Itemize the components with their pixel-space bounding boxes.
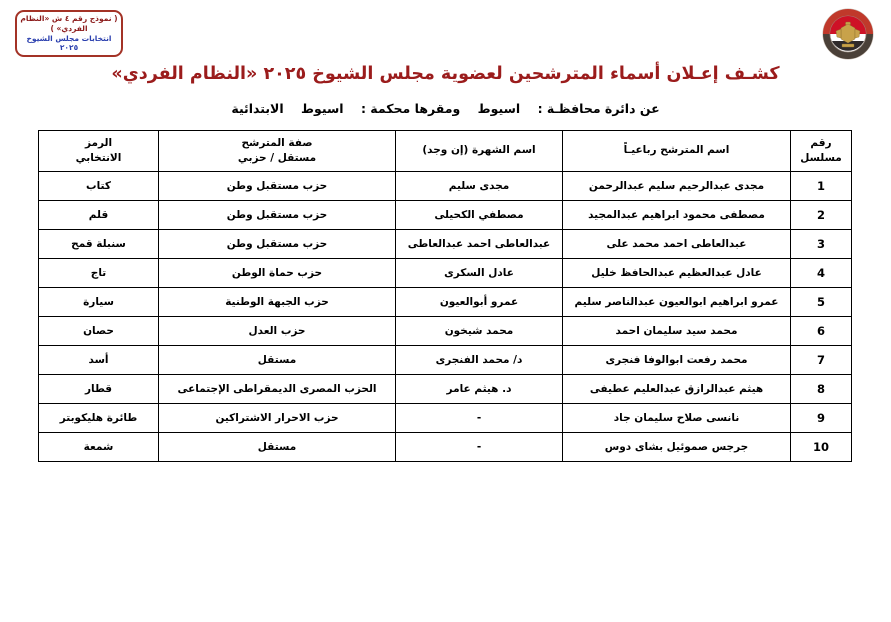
cell-nickname: د/ محمد الفنجرى: [396, 346, 563, 375]
cell-capacity: الحزب المصرى الديمقراطى الإجتماعى: [159, 375, 396, 404]
cell-name: عادل عبدالعظيم عبدالحافظ خليل: [563, 259, 791, 288]
table-row: 5عمرو ابراهيم ابوالعيون عبدالناصر سليمعم…: [39, 288, 852, 317]
national-election-authority-logo-icon: [817, 6, 879, 62]
cell-serial: 5: [791, 288, 852, 317]
column-header-capacity: صفة المترشح مستقل / حزبي: [159, 131, 396, 172]
table-row: 1مجدى عبدالرحيم سليم عبدالرحمنمجدى سليمح…: [39, 172, 852, 201]
cell-serial: 6: [791, 317, 852, 346]
cell-symbol: سنبلة قمح: [39, 230, 159, 259]
cell-nickname: عادل السكرى: [396, 259, 563, 288]
cell-serial: 9: [791, 404, 852, 433]
cell-symbol: تاج: [39, 259, 159, 288]
cell-name: جرجس صموئيل بشاى دوس: [563, 433, 791, 462]
table-row: 6محمد سيد سليمان احمدمحمد شيخونحزب العدل…: [39, 317, 852, 346]
form-number-box: ( نموذج رقم ٤ ش «النظام الفردي» ) انتخاب…: [15, 10, 123, 57]
cell-symbol: أسد: [39, 346, 159, 375]
cell-symbol: حصان: [39, 317, 159, 346]
cell-serial: 10: [791, 433, 852, 462]
cell-symbol: طائرة هليكوبتر: [39, 404, 159, 433]
cell-nickname: عبدالعاطى احمد عبدالعاطى: [396, 230, 563, 259]
cell-capacity: حزب حماة الوطن: [159, 259, 396, 288]
table-row: 8هيثم عبدالرازق عبدالعليم عطيفىد. هيثم ع…: [39, 375, 852, 404]
cell-serial: 8: [791, 375, 852, 404]
cell-name: مصطفى محمود ابراهيم عبدالمجيد: [563, 201, 791, 230]
table-row: 9نانسى صلاح سليمان جاد-حزب الاحرار الاشت…: [39, 404, 852, 433]
document-page: ( نموذج رقم ٤ ش «النظام الفردي» ) انتخاب…: [0, 0, 891, 622]
emblem-svg: [817, 6, 879, 62]
cell-nickname: -: [396, 433, 563, 462]
cell-symbol: شمعة: [39, 433, 159, 462]
cell-symbol: قلم: [39, 201, 159, 230]
cell-name: هيثم عبدالرازق عبدالعليم عطيفى: [563, 375, 791, 404]
cell-capacity: حزب مستقبل وطن: [159, 230, 396, 259]
table-row: 2مصطفى محمود ابراهيم عبدالمجيدمصطفي الكح…: [39, 201, 852, 230]
cell-serial: 3: [791, 230, 852, 259]
cell-symbol: قطار: [39, 375, 159, 404]
cell-capacity: حزب الاحرار الاشتراكين: [159, 404, 396, 433]
column-header-nickname: اسم الشهرة (إن وجد): [396, 131, 563, 172]
table-row: 4عادل عبدالعظيم عبدالحافظ خليلعادل السكر…: [39, 259, 852, 288]
cell-serial: 1: [791, 172, 852, 201]
district-line: عن دائرة محافظـة : اسيوط ومقرها محكمة : …: [0, 101, 891, 116]
cell-capacity: حزب مستقبل وطن: [159, 201, 396, 230]
cell-nickname: د. هيثم عامر: [396, 375, 563, 404]
table-row: 7محمد رفعت ابوالوفا فنجرىد/ محمد الفنجرى…: [39, 346, 852, 375]
cell-capacity: مستقل: [159, 346, 396, 375]
header-row: رقم مسلسل اسم المترشح رباعيـاً اسم الشهر…: [39, 131, 852, 172]
cell-name: عبدالعاطى احمد محمد على: [563, 230, 791, 259]
column-header-symbol: الرمز الانتخابي: [39, 131, 159, 172]
cell-name: محمد رفعت ابوالوفا فنجرى: [563, 346, 791, 375]
cell-name: مجدى عبدالرحيم سليم عبدالرحمن: [563, 172, 791, 201]
cell-name: نانسى صلاح سليمان جاد: [563, 404, 791, 433]
candidates-tbody: 1مجدى عبدالرحيم سليم عبدالرحمنمجدى سليمح…: [39, 172, 852, 462]
cell-nickname: -: [396, 404, 563, 433]
page-title: كشـف إعـلان أسماء المترشحين لعضوية مجلس …: [0, 64, 891, 84]
cell-serial: 4: [791, 259, 852, 288]
column-header-name: اسم المترشح رباعيـاً: [563, 131, 791, 172]
election-name-text: انتخابات مجلس الشيوخ ٢٠٢٥: [20, 34, 118, 54]
cell-serial: 2: [791, 201, 852, 230]
cell-capacity: حزب الجبهة الوطنية: [159, 288, 396, 317]
cell-symbol: كتاب: [39, 172, 159, 201]
cell-nickname: عمرو أبوالعيون: [396, 288, 563, 317]
cell-nickname: مصطفي الكحيلى: [396, 201, 563, 230]
cell-capacity: حزب العدل: [159, 317, 396, 346]
cell-symbol: سيارة: [39, 288, 159, 317]
cell-name: عمرو ابراهيم ابوالعيون عبدالناصر سليم: [563, 288, 791, 317]
table-row: 10جرجس صموئيل بشاى دوس-مستقلشمعة: [39, 433, 852, 462]
cell-nickname: مجدى سليم: [396, 172, 563, 201]
cell-nickname: محمد شيخون: [396, 317, 563, 346]
cell-capacity: حزب مستقبل وطن: [159, 172, 396, 201]
cell-capacity: مستقل: [159, 433, 396, 462]
column-header-serial: رقم مسلسل: [791, 131, 852, 172]
cell-serial: 7: [791, 346, 852, 375]
cell-name: محمد سيد سليمان احمد: [563, 317, 791, 346]
candidates-table: رقم مسلسل اسم المترشح رباعيـاً اسم الشهر…: [38, 130, 852, 462]
table-header: رقم مسلسل اسم المترشح رباعيـاً اسم الشهر…: [39, 131, 852, 172]
table-row: 3عبدالعاطى احمد محمد علىعبدالعاطى احمد ع…: [39, 230, 852, 259]
form-number-text: ( نموذج رقم ٤ ش «النظام الفردي» ): [20, 14, 118, 34]
